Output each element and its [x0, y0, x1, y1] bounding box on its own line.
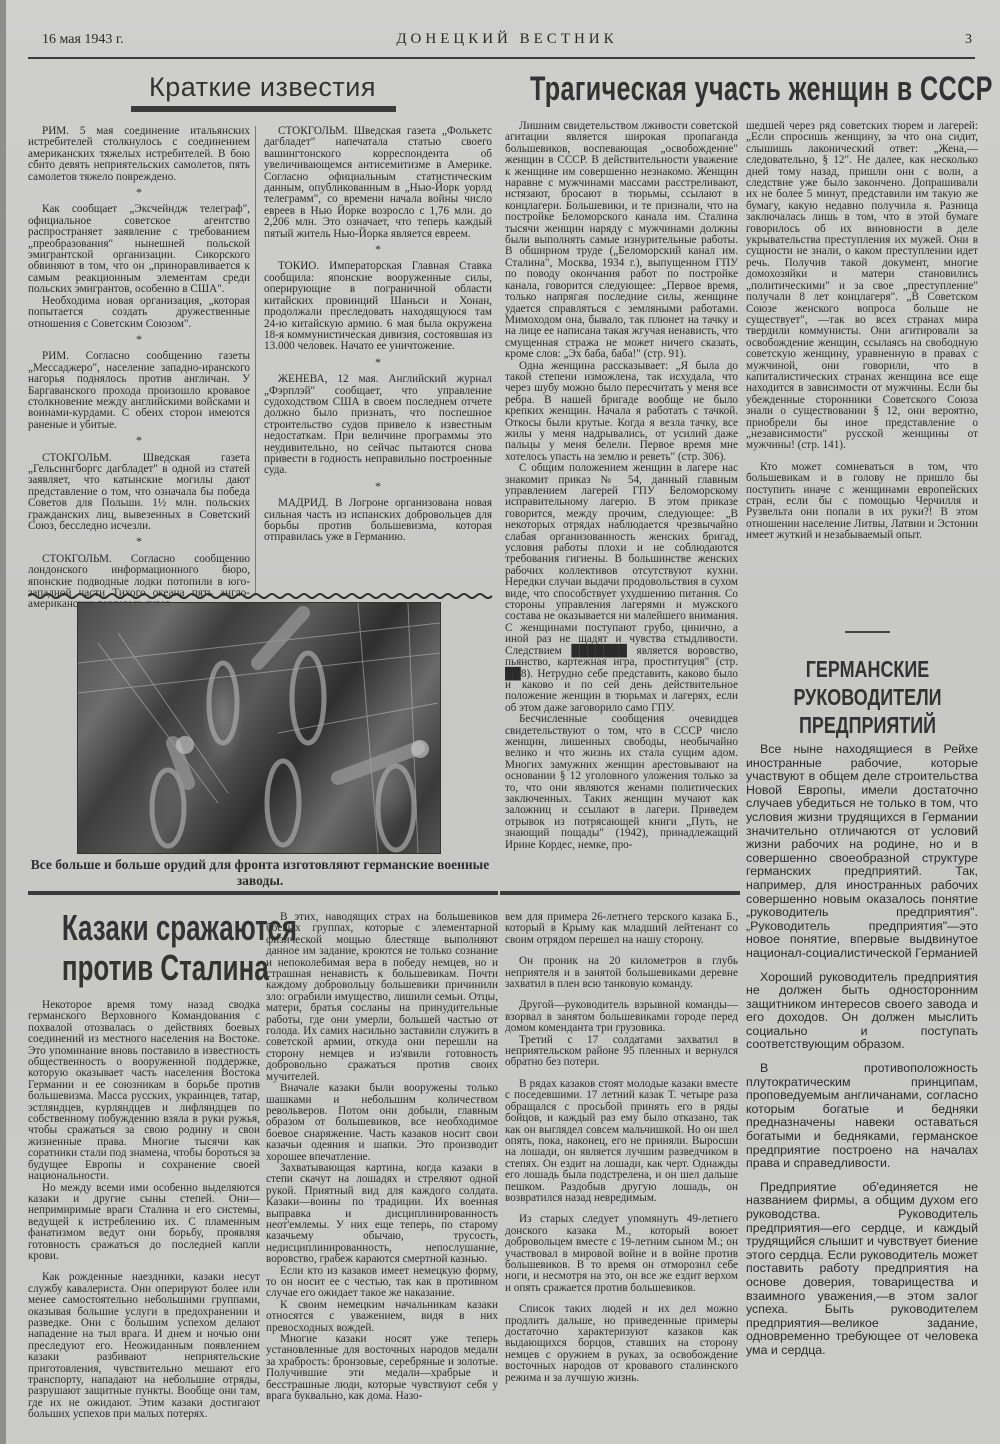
headline-line-3: ПРЕДПРИЯТИЙ — [780, 711, 956, 739]
newspaper-page: 16 мая 1943 г. ДОНЕЦКИЙ ВЕСТНИК 3 Кратки… — [0, 0, 1000, 1444]
asterisk-separator: * — [28, 536, 250, 547]
kazaki-column-2: В этих, наводящих страх на большевиков б… — [266, 912, 498, 1402]
article-paragraph: Из старых следует упомянуть 49-летнего д… — [505, 1214, 738, 1294]
asterisk-separator: * — [28, 187, 250, 198]
article-paragraph: Одна женщина рассказывает: „Я была до та… — [505, 361, 738, 464]
article-paragraph: Третий с 17 солдатами захватил в неприят… — [505, 1035, 738, 1069]
article-paragraph: Но между всеми ими особенно выделяются к… — [28, 1183, 260, 1263]
article-paragraph: Если кто из казаков имеет немецкую форму… — [266, 1266, 498, 1300]
asterisk-separator: * — [264, 244, 492, 255]
article-paragraph: Он проник на 20 километров в глубь непри… — [505, 956, 738, 990]
article-paragraph: ТОКИО. Императорская Главная Ставка сооб… — [264, 261, 492, 352]
article-paragraph: СТОКГОЛЬМ. Шведская газета „Фолькетс даг… — [264, 126, 492, 240]
asterisk-separator: * — [28, 435, 250, 446]
masthead: 16 мая 1943 г. ДОНЕЦКИЙ ВЕСТНИК 3 — [42, 30, 972, 52]
article-paragraph: В рядах казаков стоят молодые казаки вме… — [505, 1079, 738, 1204]
headline-kratkie: Краткие известия — [130, 72, 395, 103]
kazaki-column-3: вем для примера 26-летнего терского каза… — [505, 912, 738, 1384]
asterisk-separator: * — [28, 334, 250, 345]
factory-artillery-photo — [77, 602, 441, 854]
article-paragraph: Вначале казаки были вооружены только шаш… — [266, 1083, 498, 1163]
headline-line-1: Казаки сражаются — [62, 908, 226, 948]
headline-underline — [131, 106, 396, 112]
article-paragraph: Как сообщает „Эксчейндж телеграф", офици… — [28, 204, 250, 295]
article-paragraph: Лишним свидетельством лживости советской… — [505, 121, 738, 361]
asterisk-separator: * — [264, 357, 492, 368]
german-column: Все ныне находящиеся в Рейхе иностранные… — [746, 743, 978, 1358]
newspaper-title: ДОНЕЦКИЙ ВЕСТНИК — [42, 31, 972, 48]
article-paragraph: Все ныне находящиеся в Рейхе иностранные… — [746, 743, 978, 961]
kratkie-column-2: СТОКГОЛЬМ. Шведская газета „Фолькетс даг… — [264, 126, 492, 544]
column-divider — [255, 126, 256, 596]
headline-line-2: против Сталина — [62, 948, 226, 988]
article-paragraph: ЖЕНЕВА, 12 мая. Английский журнал „Фэрпл… — [264, 374, 492, 477]
headline-german: ГЕРМАНСКИЕ РУКОВОДИТЕЛИ ПРЕДПРИЯТИЙ — [755, 655, 980, 739]
article-paragraph: Другой—руководитель взрывной команды—взо… — [505, 1000, 738, 1034]
article-paragraph: В этих, наводящих страх на большевиков б… — [266, 912, 498, 1083]
photo-illustration — [78, 603, 440, 853]
tragic-column-1: Лишним свидетельством лживости советской… — [505, 121, 738, 851]
section-rule-bottom — [500, 891, 740, 895]
article-paragraph: МАДРИД. В Логроне организована новая сил… — [264, 498, 492, 544]
headline-kazaki: Казаки сражаются против Сталина — [30, 908, 258, 988]
kazaki-column-1: Некоторое время тому назад сводка герман… — [28, 1000, 260, 1421]
article-paragraph: Необходима новая организация, „которая п… — [28, 296, 250, 330]
article-paragraph: К своим немецким начальникам казаки отно… — [266, 1300, 498, 1334]
headline-line-2: РУКОВОДИТЕЛИ — [780, 683, 956, 711]
kratkie-column-1: РИМ. 5 мая соединение итальянских истреб… — [28, 126, 250, 611]
article-paragraph: Предприятие об'единяется не названием фи… — [746, 1181, 978, 1358]
photo-caption: Все больше и больше орудий для фронта из… — [30, 857, 490, 889]
asterisk-separator: * — [264, 481, 492, 492]
tragic-column-2: шедшей через ряд советских тюрем и лагер… — [746, 121, 978, 542]
article-paragraph: СТОКГОЛЬМ. Шведская газета „Гельсингборг… — [28, 453, 250, 533]
article-paragraph: В противоположность плутократическим при… — [746, 1062, 978, 1171]
article-paragraph: Бесчисленные сообщения очевидцев свидете… — [505, 714, 738, 851]
article-paragraph: РИМ. 5 мая соединение итальянских истреб… — [28, 126, 250, 183]
article-paragraph: Многие казаки носят уже теперь установле… — [266, 1334, 498, 1402]
short-divider — [845, 631, 890, 633]
wavy-divider — [28, 592, 493, 600]
paragraph-gap — [746, 961, 978, 971]
article-paragraph: РИМ. Согласно сообщению газеты „Мессадже… — [28, 351, 250, 431]
article-paragraph: Список таких людей и их дел можно продли… — [505, 1304, 738, 1384]
article-paragraph: Хороший руководитель предприятия не долж… — [746, 971, 978, 1053]
page-number: 3 — [965, 32, 972, 48]
headline-line-1: ГЕРМАНСКИЕ — [780, 655, 956, 683]
article-paragraph: вем для примера 26-летнего терского каза… — [505, 912, 738, 946]
article-paragraph: Захватывающая картина, когда казаки в ст… — [266, 1163, 498, 1266]
article-paragraph: Некоторое время тому назад сводка герман… — [28, 1000, 260, 1183]
headline-tragic: Трагическая участь женщин в СССР — [530, 70, 841, 109]
article-paragraph: С общим положением женщин в лагере нас з… — [505, 463, 738, 714]
article-paragraph: Кто может сомневаться в том, что большев… — [746, 462, 978, 542]
scan-edge — [0, 0, 6, 1444]
section-rule — [28, 891, 498, 895]
article-paragraph: шедшей через ряд советских тюрем и лагер… — [746, 121, 978, 452]
masthead-rule — [28, 57, 975, 59]
article-paragraph: Как рожденные наездники, казаки несут сл… — [28, 1272, 260, 1420]
